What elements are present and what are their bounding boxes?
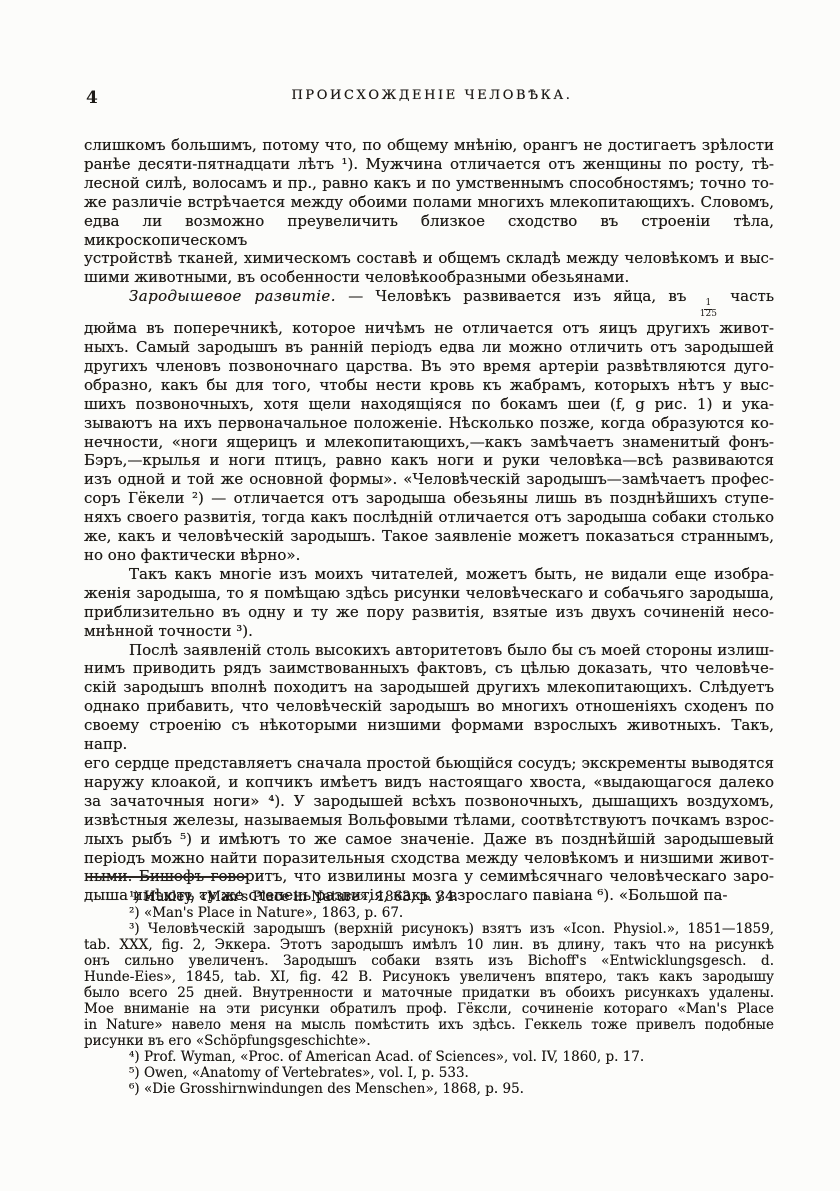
body-text: слишкомъ большимъ, потому что, по общему… (84, 136, 774, 905)
text-line: было всего 25 дней. Внутренности и маточ… (84, 985, 774, 1001)
text-line: приблизительно въ одну и ту же пору разв… (84, 603, 774, 622)
text-line: извѣстныя железы, называемыя Вольфовыми … (84, 811, 774, 830)
text-line: Hunde-Eies», 1845, tab. XI, fig. 42 B. Р… (84, 969, 774, 985)
text-line: ²) «Man's Place in Nature», 1863, p. 67. (84, 905, 774, 921)
footnotes-block: ¹) Huxley, «Man's Place in Nature», 1863… (84, 889, 774, 1097)
text-line: ⁶) «Die Grosshirnwindungen des Menschen»… (84, 1081, 774, 1097)
text-line: соръ Гёкели ²) — отличается отъ зародыша… (84, 489, 774, 508)
text-line: скій зародышъ вполнѣ походитъ на зародыш… (84, 678, 774, 697)
text-line: in Nature» навело меня на мысль помѣстит… (84, 1017, 774, 1033)
text-line: образно, какъ бы для того, чтобы нести к… (84, 376, 774, 395)
page-number: 4 (86, 88, 98, 108)
text-line: шими животными, въ особенности человѣкоо… (84, 268, 774, 287)
running-title: ПРОИСХОЖДЕНІЕ ЧЕЛОВѢКА. (84, 88, 774, 103)
text-line: женія зародыша, то я помѣщаю здѣсь рисун… (84, 584, 774, 603)
text-line: другихъ членовъ позвоночнаго царства. Въ… (84, 357, 774, 376)
text-line: зываютъ на ихъ первоначальное положеніе.… (84, 414, 774, 433)
text-line: же, какъ и человѣческій зародышъ. Такое … (84, 527, 774, 546)
text-line: лыхъ рыбъ ⁵) и имѣютъ то же самое значен… (84, 830, 774, 849)
text-line: однако прибавить, что человѣческій зарод… (84, 697, 774, 716)
text-line: своему строенію съ нѣкоторыми низшими фо… (84, 716, 774, 754)
text-line: нечности, «ноги ящерицъ и млекопитающихъ… (84, 433, 774, 452)
text-line: Такъ какъ многіе изъ моихъ читателей, мо… (84, 565, 774, 584)
text-line: ¹) Huxley, «Man's Place in Nature», 1863… (84, 889, 774, 905)
text-line: нимъ приводить рядъ заимствованныхъ факт… (84, 659, 774, 678)
text-line: шихъ позвоночныхъ, хотя щели находящіяся… (84, 395, 774, 414)
stacked-fraction: 1125 (699, 299, 718, 319)
footnote-separator-rule (86, 876, 247, 878)
text-line: его сердце представляетъ сначала простой… (84, 754, 774, 773)
text-line: едва ли возможно преувеличить близкое сх… (84, 212, 774, 250)
text-line: устройствѣ тканей, химическомъ составѣ и… (84, 249, 774, 268)
text-line: tab. XXX, fig. 2, Эккера. Этотъ зародышъ… (84, 937, 774, 953)
text-line: ранѣе десяти-пятнадцати лѣтъ ¹). Мужчина… (84, 155, 774, 174)
text-line: наружу клоакой, и копчикъ имѣетъ видъ на… (84, 773, 774, 792)
text-line: Зародышевое развитіе. — Человѣкъ развива… (84, 287, 774, 319)
text-line: онъ сильно увеличенъ. Зародышъ собаки вз… (84, 953, 774, 969)
italic-run-in-heading: Зародышевое развитіе. (129, 287, 336, 305)
text-line: няхъ своего развитія, тогда какъ послѣдн… (84, 508, 774, 527)
book-page: 4 ПРОИСХОЖДЕНІЕ ЧЕЛОВѢКА. слишкомъ больш… (0, 0, 840, 1191)
text-line: изъ одной и той же основной формы». «Чел… (84, 470, 774, 489)
text-line: ³) Человѣческій зародышъ (верхній рисуно… (84, 921, 774, 937)
text-line: лесной силѣ, волосамъ и пр., равно какъ … (84, 174, 774, 193)
text-line: Бэръ,—крылья и ноги птицъ, равно какъ но… (84, 451, 774, 470)
text-line: ⁴) Prof. Wyman, «Proc. of American Acad.… (84, 1049, 774, 1065)
text-line: рисунки въ его «Schöpfungsgeschichte». (84, 1033, 774, 1049)
text-line: Послѣ заявленій столь высокихъ авторитет… (84, 641, 774, 660)
text-line: мнѣнной точности ³). (84, 622, 774, 641)
text-line: за зачаточныя ноги» ⁴). У зародышей всѣх… (84, 792, 774, 811)
page-header: 4 ПРОИСХОЖДЕНІЕ ЧЕЛОВѢКА. (84, 88, 774, 110)
text-line: но оно фактически вѣрно». (84, 546, 774, 565)
text-line: ныхъ. Самый зародышъ въ ранній періодъ е… (84, 338, 774, 357)
text-line: слишкомъ большимъ, потому что, по общему… (84, 136, 774, 155)
text-line: ⁵) Owen, «Anatomy of Vertebrates», vol. … (84, 1065, 774, 1081)
text-line: дюйма въ поперечникѣ, которое ничѣмъ не … (84, 319, 774, 338)
text-line: Мое вниманіе на эти рисунки обратилъ про… (84, 1001, 774, 1017)
text-line: же различіе встрѣчается между обоими пол… (84, 193, 774, 212)
text-line: періодъ можно найти поразительныя сходст… (84, 849, 774, 868)
